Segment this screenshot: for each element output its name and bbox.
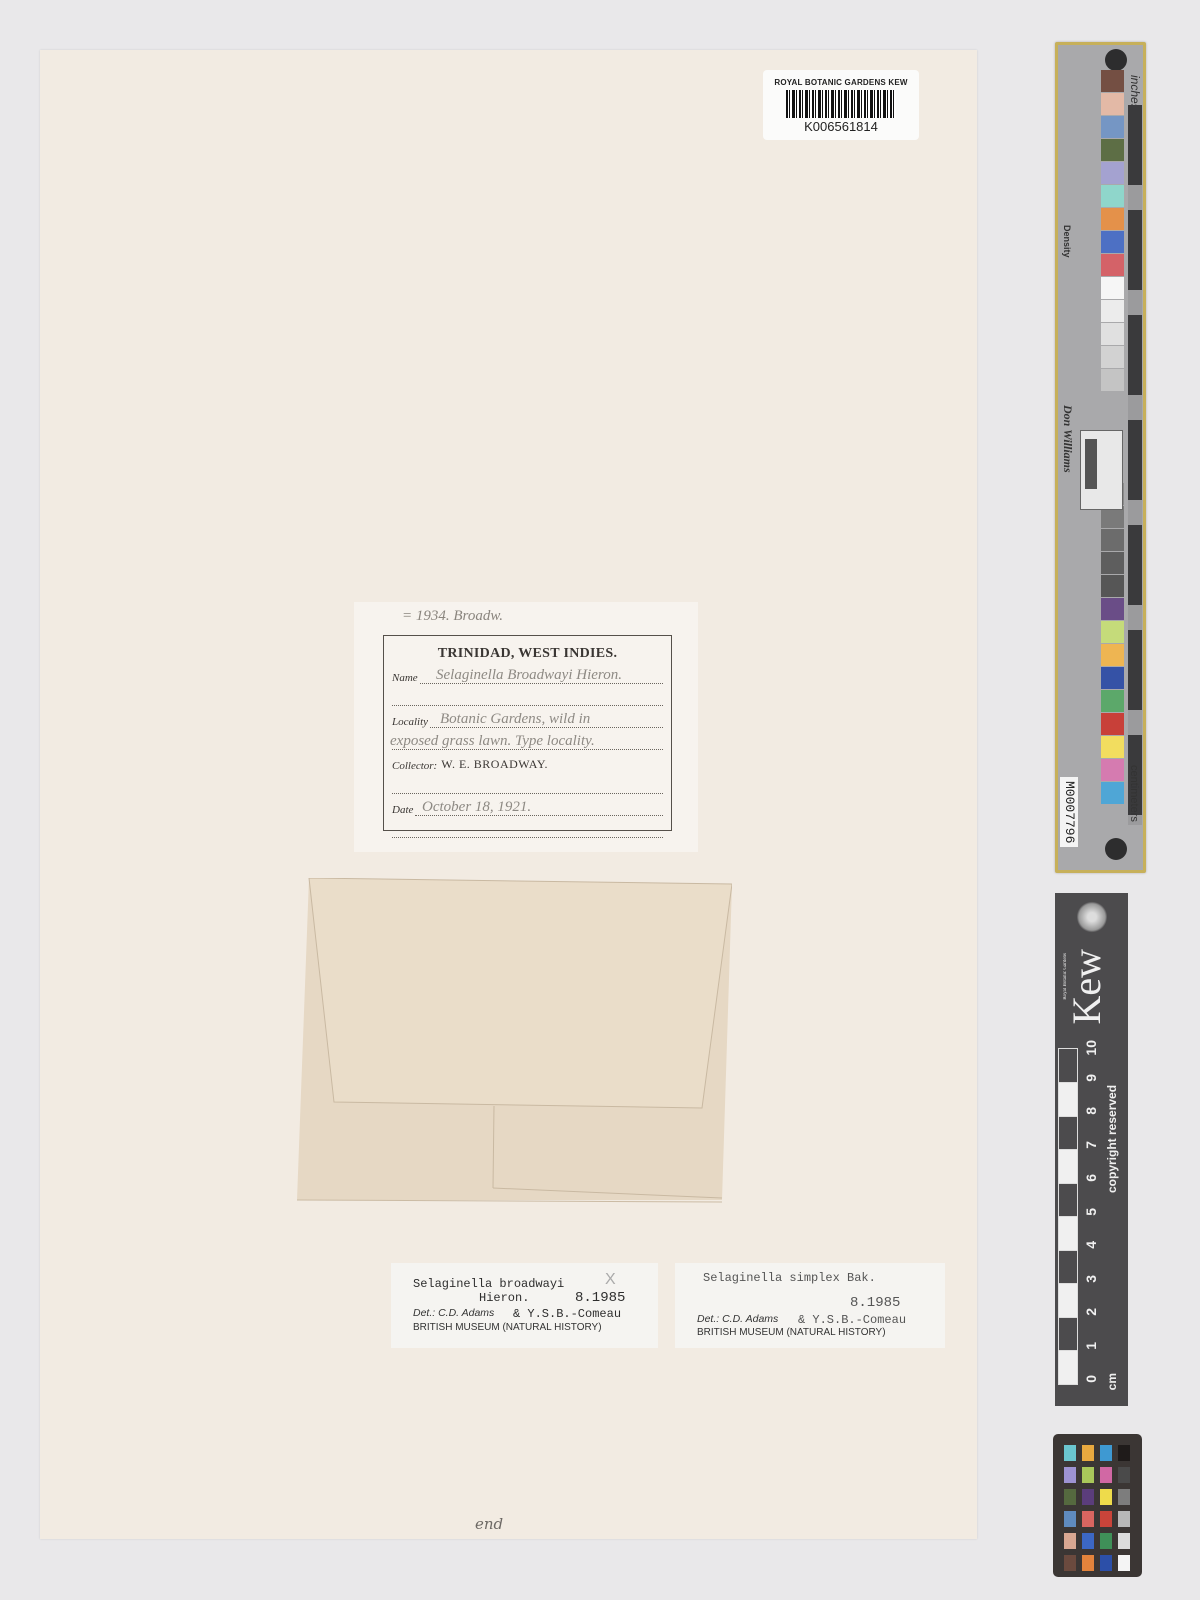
determination-label: Selaginella simplex Bak. 8.1985 Det.: C.… [675,1263,945,1348]
color-checker-patch [1100,1445,1112,1461]
kew-cm-scale [1058,1043,1078,1403]
ruler-swatch [1101,208,1124,230]
color-checker-patch [1118,1555,1130,1571]
kew-scale-segment [1058,1082,1078,1117]
ruler-hole-icon [1105,838,1127,860]
blank-row [384,816,671,838]
barcode-number: K006561814 [763,119,919,134]
kew-scale-segment [1058,1149,1078,1184]
kew-scale-segment [1058,1048,1078,1083]
ruler-swatch [1101,277,1124,299]
ruler-swatch [1101,713,1124,735]
kew-scale-tick: 9 [1083,1074,1103,1082]
taxon-name: Selaginella broadwayi [413,1277,564,1291]
color-checker-patch [1100,1467,1112,1483]
locality-field-label: Locality [392,716,428,728]
ruler-hole-icon [1105,49,1127,71]
ruler-cm-label: centimeters [1128,765,1140,822]
det-by-second: & Y.S.B.-Comeau [798,1313,906,1327]
taxon-name: Selaginella simplex Bak. [703,1271,876,1285]
ruler-swatch [1101,139,1124,161]
det-by: Det.: C.D. Adams [413,1307,494,1319]
ruler-swatch [1101,552,1124,574]
color-checker-patch [1118,1467,1130,1483]
det-by: Det.: C.D. Adams [697,1313,778,1325]
ruler-scale-strip [1128,105,1142,825]
kew-copyright: copyright reserved [1105,1043,1119,1193]
ruler-swatch [1101,323,1124,345]
color-checker-patch [1118,1445,1130,1461]
kew-scale-segment [1058,1182,1078,1217]
ruler-swatch [1101,346,1124,368]
ruler-swatch [1101,254,1124,276]
name-field-label: Name [392,672,418,684]
end-annotation: end [475,1515,503,1533]
name-row: Name Selaginella Broadwayi Hieron. [384,662,671,684]
ruler-swatch [1101,231,1124,253]
taxon-authority: Hieron. [479,1291,529,1305]
kew-scale-tick: 2 [1083,1308,1103,1316]
color-checker-patch [1100,1489,1112,1505]
kew-scale-tick: 5 [1083,1208,1103,1216]
kew-scale-tick: 3 [1083,1275,1103,1283]
color-checker-patch [1064,1489,1076,1505]
determination-label: Selaginella broadwayi X Hieron. 8.1985 D… [391,1263,658,1348]
collector-row: Collector: W. E. BROADWAY. [384,750,671,772]
color-checker-patch [1118,1511,1130,1527]
ruler-swatch [1101,529,1124,551]
barcode-label: ROYAL BOTANIC GARDENS KEW K006561814 [763,70,919,140]
ruler-swatch [1101,759,1124,781]
color-checker-patch [1064,1445,1076,1461]
locality-row: Locality Botanic Gardens, wild in [384,706,671,728]
color-checker-card [1053,1434,1142,1577]
ruler-id-tag: M0007796 [1060,777,1078,847]
ruler-swatch [1101,644,1124,666]
ruler-swatch [1101,162,1124,184]
ruler-swatch [1101,667,1124,689]
kew-scale-segment [1058,1316,1078,1351]
kew-scale-tick: 4 [1083,1241,1103,1249]
color-checker-grid [1064,1445,1142,1571]
date-field-label: Date [392,804,413,816]
collector-field-label: Collector: [392,760,437,772]
locality-annotation: = 1934. Broadw. [402,608,503,625]
ruler-swatch [1101,369,1124,391]
ruler-swatch [1101,621,1124,643]
det-institution: BRITISH MUSEUM (NATURAL HISTORY) [413,1322,602,1333]
barcode-institution: ROYAL BOTANIC GARDENS KEW [763,78,919,87]
color-checker-patch [1082,1489,1094,1505]
kew-logo: Kew [1067,949,1107,1025]
kew-unit: cm [1105,1373,1119,1390]
kew-scale-segment [1058,1249,1078,1284]
ruler-swatch [1101,116,1124,138]
color-checker-patch [1082,1445,1094,1461]
kew-scale-segment [1058,1115,1078,1150]
ruler-gray-target [1080,430,1123,510]
kew-scale-tick: 0 [1083,1375,1103,1383]
color-checker-patch [1100,1511,1112,1527]
ruler-density-label: Density [1062,225,1072,258]
locality-label: = 1934. Broadw. TRINIDAD, WEST INDIES. N… [354,602,698,852]
locality-value-line1: Botanic Gardens, wild in [440,711,590,728]
locality-row-2: exposed grass lawn. Type locality. [384,728,671,750]
locality-title: TRINIDAD, WEST INDIES. [384,646,671,662]
ruler-swatch [1101,185,1124,207]
ruler-brand: Don Williams [1060,405,1075,473]
color-checker-patch [1082,1533,1094,1549]
color-checker-patch [1082,1511,1094,1527]
color-checker-patch [1064,1467,1076,1483]
date-value: October 18, 1921. [422,799,531,816]
kew-crest-icon [1077,901,1107,933]
kew-scale-tick: 6 [1083,1174,1103,1182]
color-checker-patch [1118,1489,1130,1505]
color-checker-patch [1082,1555,1094,1571]
ruler-swatch [1101,575,1124,597]
det-institution: BRITISH MUSEUM (NATURAL HISTORY) [697,1327,886,1338]
fragment-envelope[interactable] [297,878,732,1208]
kew-scale-tick: 10 [1083,1040,1103,1056]
kew-scale-tick: 1 [1083,1342,1103,1350]
barcode-icon [786,90,896,118]
color-checker-patch [1064,1533,1076,1549]
ruler-swatch [1101,300,1124,322]
ruler-swatch [1101,70,1124,92]
name-value: Selaginella Broadwayi Hieron. [436,667,622,684]
color-checker-patch [1082,1467,1094,1483]
color-checker-patch [1064,1555,1076,1571]
ruler-swatch [1101,736,1124,758]
kew-scale-numbers: 012345678910 [1083,1043,1103,1403]
color-checker-patch [1118,1533,1130,1549]
kew-scale-tick: 7 [1083,1141,1103,1149]
locality-value-line2: exposed grass lawn. Type locality. [390,733,595,750]
ruler-swatch [1101,690,1124,712]
kew-scale-bar: Kew Royal Botanic Gardens 012345678910 c… [1055,893,1128,1406]
annotation-mark: X [605,1271,616,1289]
color-checker-patch [1064,1511,1076,1527]
kew-scale-segment [1058,1216,1078,1251]
color-ruler: inches Density Don Williams M0007796 cen… [1055,42,1146,873]
kew-scale-segment [1058,1350,1078,1385]
locality-label-box: TRINIDAD, WEST INDIES. Name Selaginella … [383,635,672,831]
color-checker-patch [1100,1555,1112,1571]
ruler-swatch [1101,93,1124,115]
det-by-second: & Y.S.B.-Comeau [513,1307,621,1321]
kew-scale-segment [1058,1283,1078,1318]
det-date: 8.1985 [850,1295,900,1311]
ruler-swatch [1101,782,1124,804]
blank-row [384,684,671,706]
color-checker-patch [1100,1533,1112,1549]
det-date: 8.1985 [575,1290,625,1306]
kew-logo-subtitle: Royal Botanic Gardens [1063,953,1068,1000]
date-row: Date October 18, 1921. [384,794,671,816]
ruler-swatch [1101,598,1124,620]
kew-scale-tick: 8 [1083,1107,1103,1115]
collector-value: W. E. BROADWAY. [441,757,548,772]
blank-row [384,772,671,794]
